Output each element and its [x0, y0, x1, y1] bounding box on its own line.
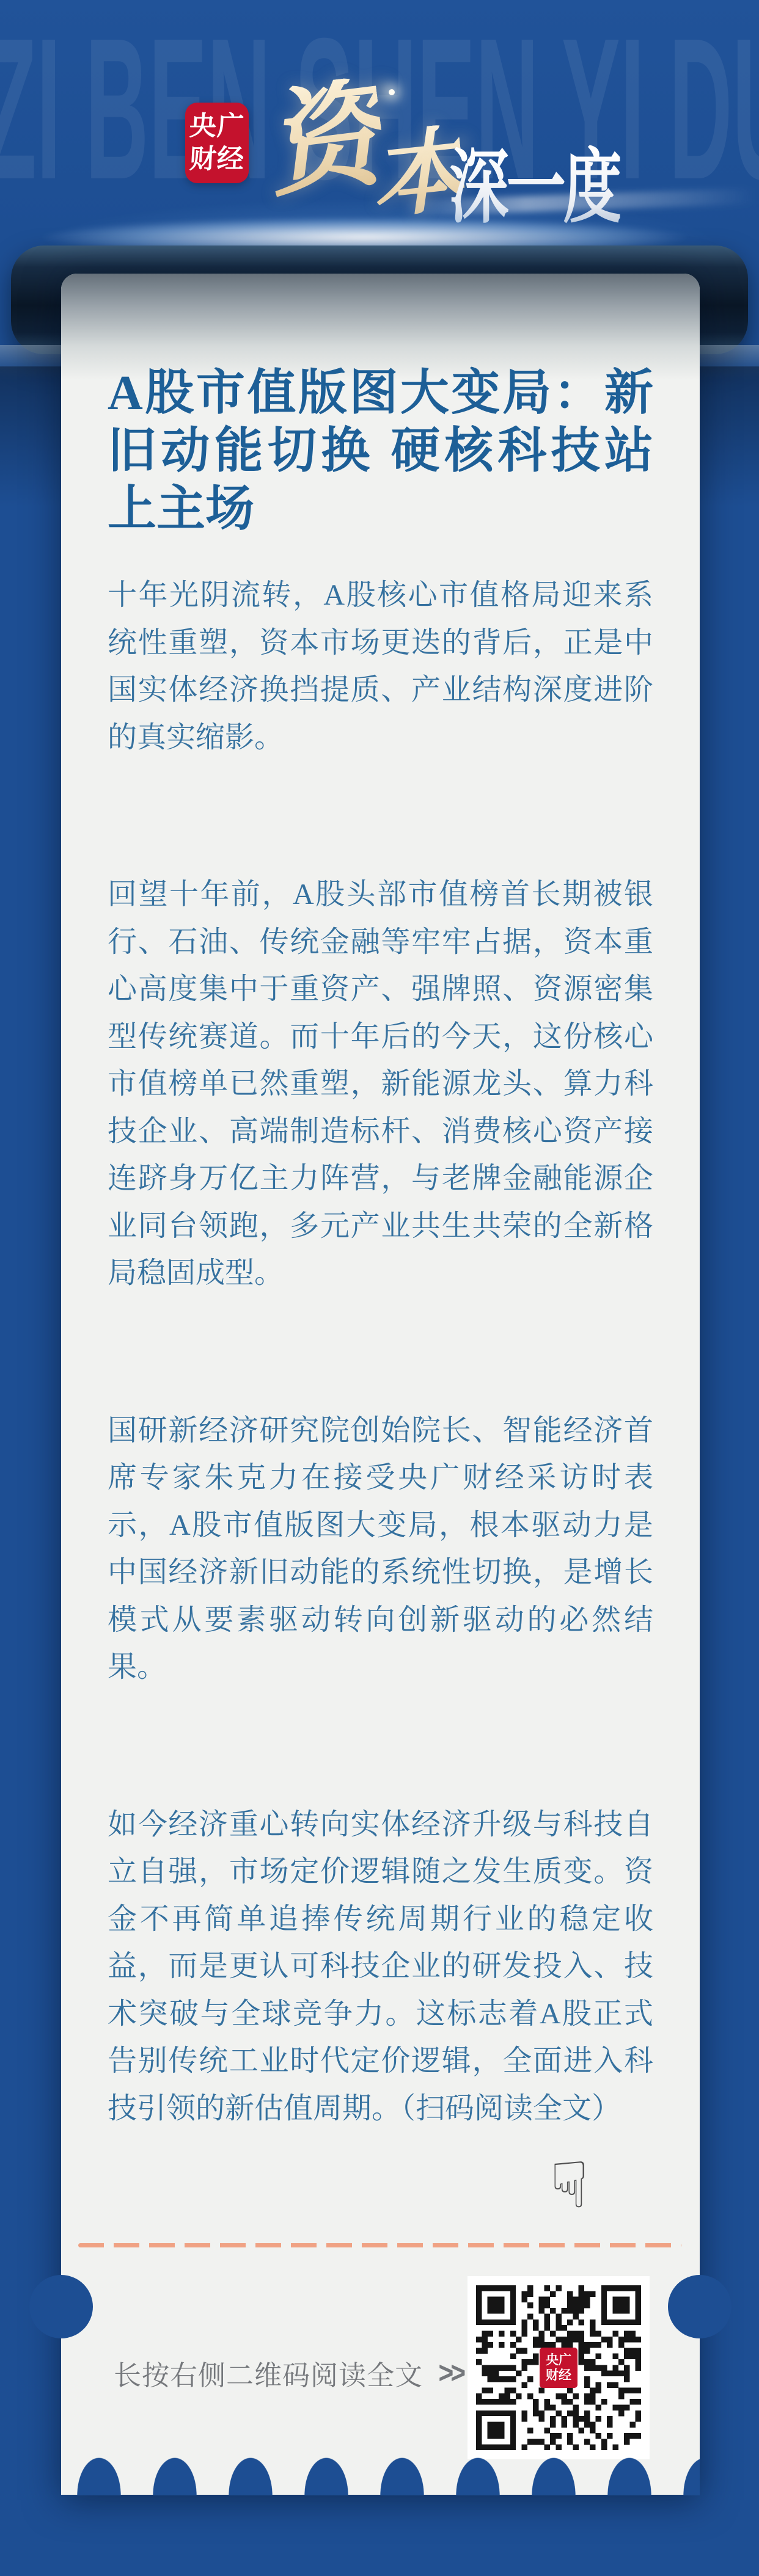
qr-code: 央广 财经: [468, 2276, 650, 2459]
scalloped-paper-edge: [61, 2458, 700, 2495]
article-paragraph: 如今经济重心转向实体经济升级与科技自立自强，市场定价逻辑随之发生质变。资金不再简…: [108, 1801, 653, 2133]
qr-logo-line-1: 央广: [546, 2352, 571, 2368]
article-paragraph: 回望十年前，A股头部市值榜首长期被银行、石油、传统金融等牢牢占据，资本重心高度集…: [108, 871, 653, 1297]
ticket-notch-right: [668, 2275, 732, 2338]
poster-canvas: ZI BEN SHEN YI DU 央广 财经 资本 深一度 A股市值版图大变局…: [0, 0, 759, 2576]
receipt-paper: A股市值版图大变局：新旧动能切换 硬核科技站上主场 十年光阴流转，A股核心市值格…: [61, 274, 700, 2495]
double-chevron-icon: >>: [438, 2355, 462, 2390]
article-paragraph: 十年光阴流转，A股核心市值格局迎来系统性重塑，资本市场更迭的背后，正是中国实体经…: [108, 572, 653, 761]
dashed-tear-divider: [78, 2243, 681, 2247]
article-body: A股市值版图大变局：新旧动能切换 硬核科技站上主场 十年光阴流转，A股核心市值格…: [108, 365, 653, 2132]
qr-logo-line-2: 财经: [546, 2368, 571, 2383]
pointing-hand-down-icon: ☟: [550, 2153, 588, 2217]
logo-line-2: 财经: [189, 143, 246, 176]
article-paragraph: 国研新经济研究院创始院长、智能经济首席专家朱克力在接受央广财经采访时表示，A股市…: [108, 1407, 653, 1691]
ticket-notch-left: [29, 2275, 93, 2338]
qr-instruction: 长按右侧二维码阅读全文 >>: [114, 2345, 464, 2400]
cnr-finance-logo: 央广 财经: [185, 103, 249, 183]
sparkle-highlight: [389, 89, 395, 95]
logo-line-1: 央广: [189, 110, 246, 143]
qr-center-logo: 央广 财经: [540, 2348, 577, 2388]
qr-instruction-text: 长按右侧二维码阅读全文: [114, 2353, 423, 2393]
article-title: A股市值版图大变局：新旧动能切换 硬核科技站上主场: [108, 365, 653, 539]
